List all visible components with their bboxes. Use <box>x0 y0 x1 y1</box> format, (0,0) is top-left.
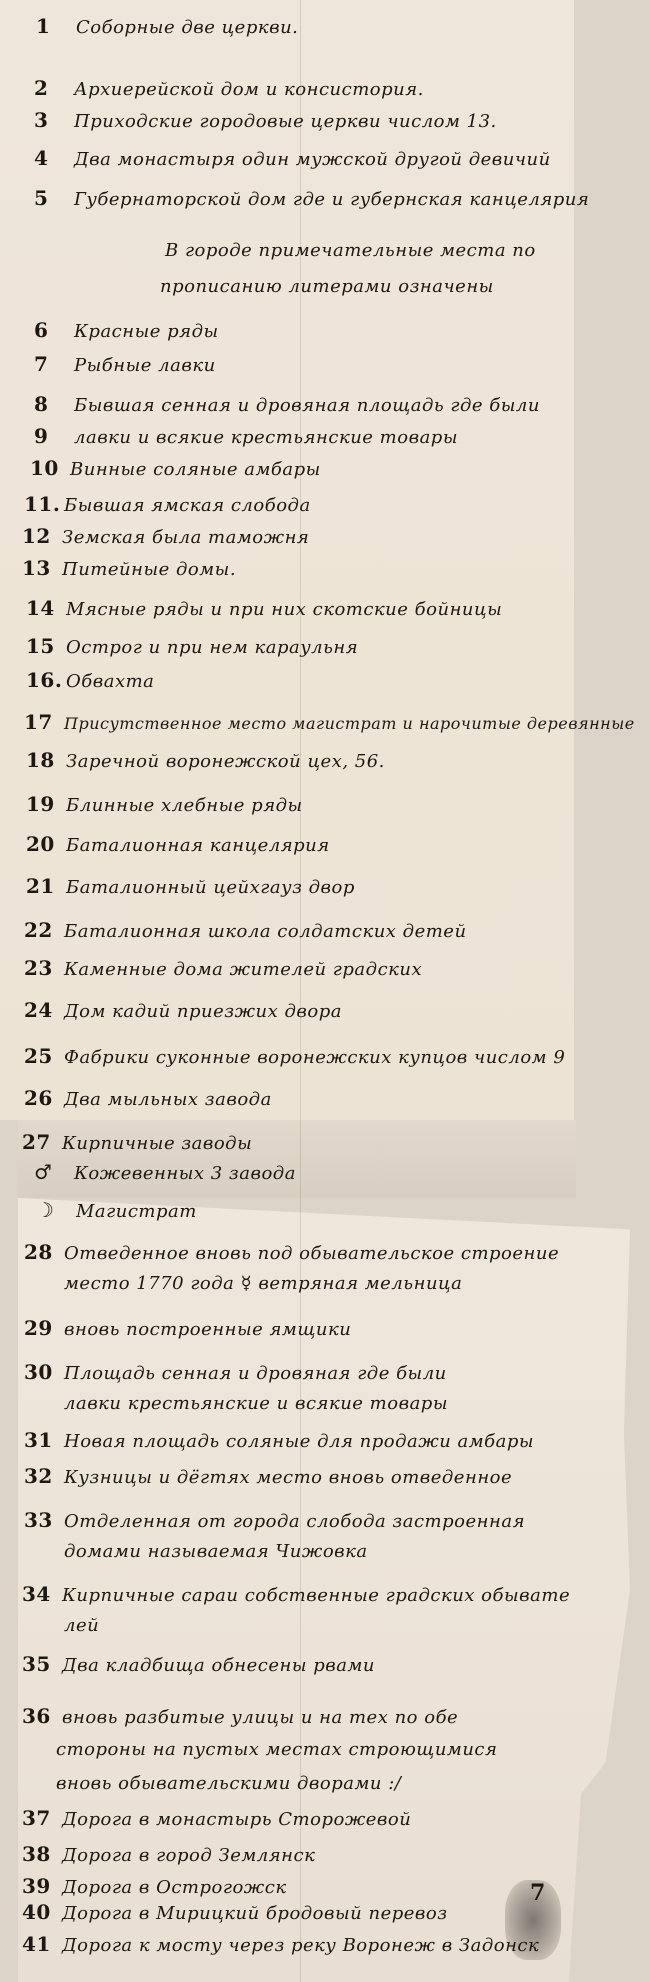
entry-37: 37Дорога в монастырь Сторожевой <box>22 1806 411 1830</box>
entry-25: 25Фабрики суконные воронежских купцов чи… <box>24 1044 565 1068</box>
entry-41: 41Дорога к мосту через реку Воронеж в За… <box>22 1932 539 1956</box>
entry-5: 5Губернаторской дом где и губернская кан… <box>34 186 589 210</box>
entry-mars-tanneries: ♂Кожевенных 3 завода <box>34 1160 296 1184</box>
paper-fold-line <box>300 0 301 1982</box>
entry-33-continued: домами называемая Чижовка <box>64 1540 368 1562</box>
mars-symbol-icon: ♂ <box>34 1160 74 1184</box>
entry-11: 11.Бывшая ямская слобода <box>24 492 311 516</box>
entry-15: 15Острог и при нем караульня <box>26 634 358 658</box>
entry-36-continued-2: вновь обывательскими дворами :/ <box>56 1772 401 1794</box>
entry-16: 16.Обвахта <box>26 668 154 692</box>
entry-8: 8Бывшая сенная и дровяная площадь где бы… <box>34 392 540 416</box>
entry-9: 9лавки и всякие крестьянские товары <box>34 424 458 448</box>
entry-24: 24Дом кадий приезжих двора <box>24 998 342 1022</box>
entry-22: 22Баталионная школа солдатских детей <box>24 918 467 942</box>
entry-36-continued-1: стороны на пустых местах строющимися <box>56 1738 497 1760</box>
entry-13: 13Питейные домы. <box>22 556 236 580</box>
entry-21: 21Баталионный цейхгауз двор <box>26 874 355 898</box>
entry-28-continued: место 1770 года ☿ ветряная мельница <box>64 1272 462 1294</box>
legend-heading-line-2: прописанию литерами означены <box>160 276 494 297</box>
entry-40: 40Дорога в Мирицкий бродовый перевоз <box>22 1900 448 1924</box>
page-number: 7 <box>530 1880 546 1906</box>
entry-moon-magistrate: ☽Магистрат <box>36 1198 197 1222</box>
entry-2: 2Архиерейской дом и консистория. <box>34 76 424 100</box>
entry-18: 18Заречной воронежской цех, 56. <box>26 748 385 772</box>
entry-17: 17Присутственное место магистрат и нароч… <box>24 710 635 734</box>
entry-29: 29вновь построенные ямщики <box>24 1316 351 1340</box>
entry-28: 28Отведенное вновь под обывательское стр… <box>24 1240 559 1264</box>
entry-14: 14Мясные ряды и при них скотские бойницы <box>26 596 502 620</box>
entry-4: 4Два монастыря один мужской другой девич… <box>34 146 551 170</box>
entry-23: 23Каменные дома жителей градских <box>24 956 422 980</box>
entry-39: 39Дорога в Острогожск <box>22 1874 287 1898</box>
entry-34-continued: лей <box>64 1614 99 1636</box>
entry-31: 31Новая площадь соляные для продажи амба… <box>24 1428 534 1452</box>
entry-36: 36вновь разбитые улицы и на тех по обе <box>22 1704 458 1728</box>
entry-6: 6Красные ряды <box>34 318 219 342</box>
entry-35: 35Два кладбища обнесены рвами <box>22 1652 375 1676</box>
entry-1: 1Соборные две церкви. <box>36 14 298 38</box>
entry-20: 20Баталионная канцелярия <box>26 832 330 856</box>
moon-symbol-icon: ☽ <box>36 1198 76 1222</box>
entry-30-continued: лавки крестьянские и всякие товары <box>64 1392 448 1414</box>
entry-34: 34Кирпичные сараи собственные градских о… <box>22 1582 570 1606</box>
entry-38: 38Дорога в город Землянск <box>22 1842 315 1866</box>
entry-30: 30Площадь сенная и дровяная где были <box>24 1360 447 1384</box>
entry-27: 27Кирпичные заводы <box>22 1130 252 1154</box>
legend-heading-line-1: В городе примечательные места по <box>165 240 536 261</box>
entry-12: 12Земская была таможня <box>22 524 309 548</box>
entry-26: 26Два мыльных завода <box>24 1086 272 1110</box>
entry-19: 19Блинные хлебные ряды <box>26 792 303 816</box>
entry-32: 32Кузницы и дёгтях место вновь отведенно… <box>24 1464 512 1488</box>
entry-10: 10Винные соляные амбары <box>30 456 321 480</box>
entry-7: 7Рыбные лавки <box>34 352 216 376</box>
entry-33: 33Отделенная от города слобода застроенн… <box>24 1508 525 1532</box>
entry-3: 3Приходские городовые церкви числом 13. <box>34 108 497 132</box>
